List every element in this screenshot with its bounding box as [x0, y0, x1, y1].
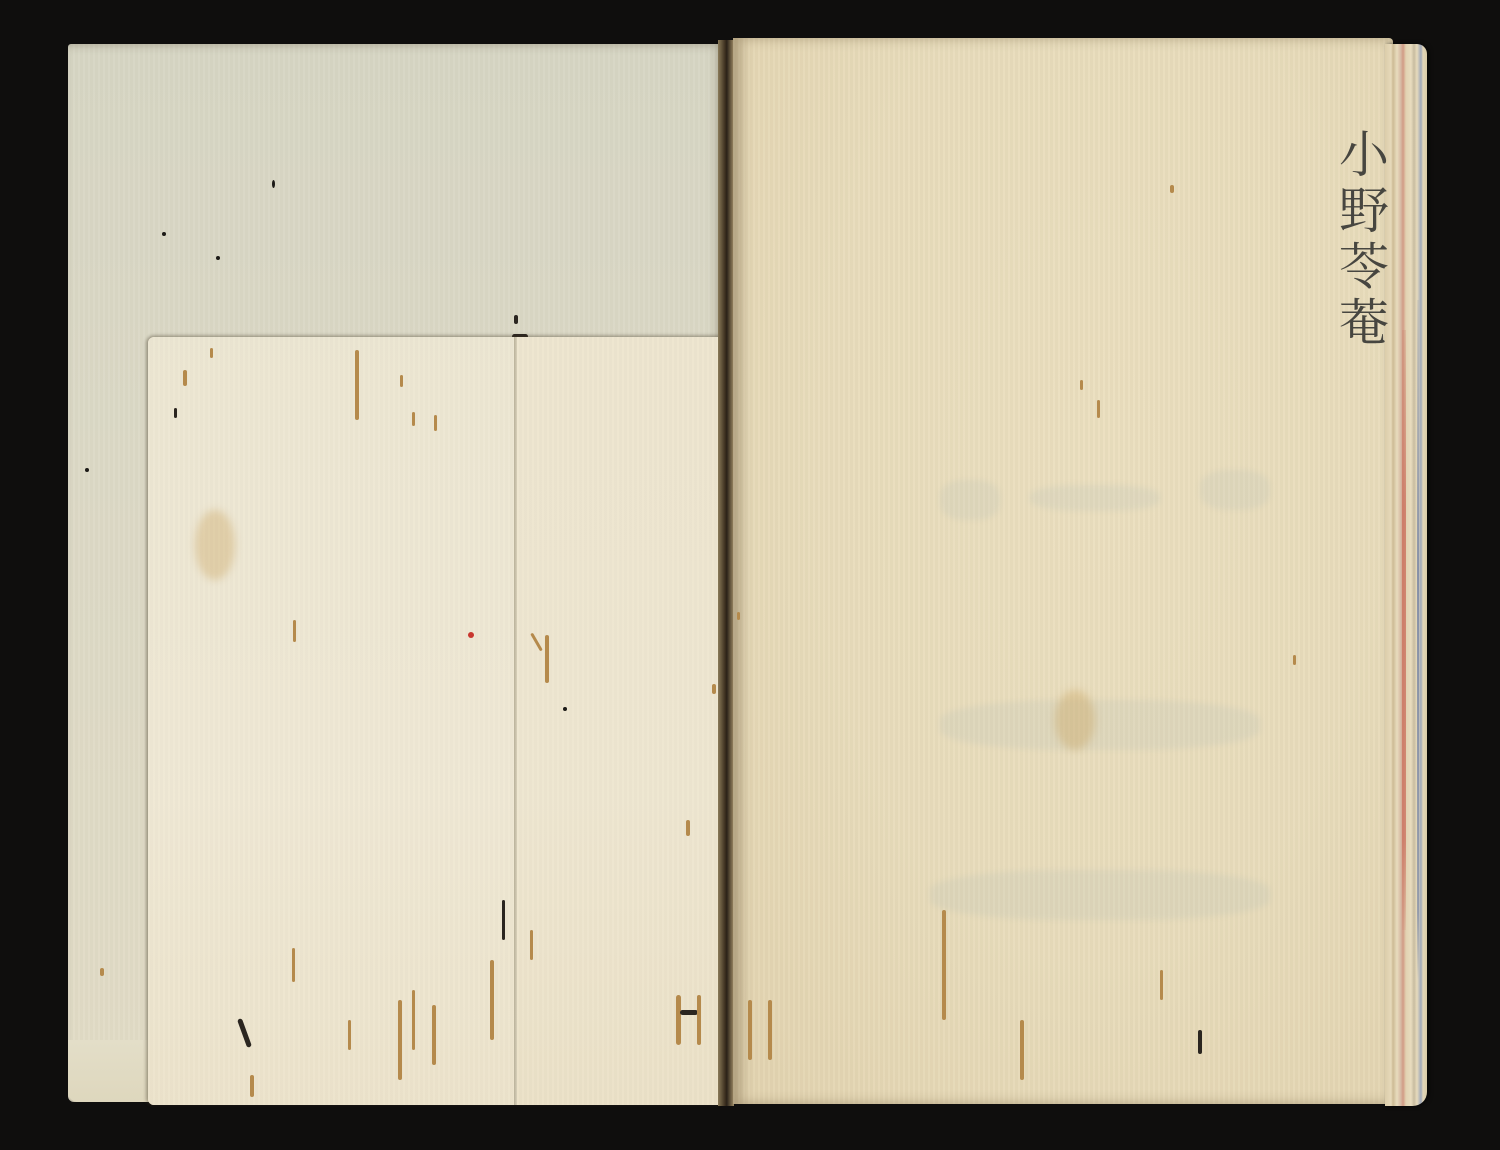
wormhole-trail: [292, 948, 295, 982]
page-edges-stack: [1385, 44, 1427, 1106]
book-gutter: [718, 40, 734, 1106]
ink-showthrough: [1030, 485, 1160, 511]
wormhole: [1080, 380, 1083, 390]
ink-speck: [563, 707, 567, 711]
foxing-stain: [1055, 690, 1095, 750]
wormhole: [400, 375, 403, 387]
wormhole: [348, 1020, 351, 1050]
wormhole-trail: [768, 1000, 772, 1060]
page-edge-red-stripe: [1402, 330, 1406, 930]
wormhole: [183, 370, 187, 386]
right-page: [733, 38, 1393, 1104]
wormhole-trail: [545, 635, 549, 683]
wormhole: [1097, 400, 1100, 418]
wormhole-trail: [432, 1005, 436, 1065]
wormhole: [1293, 655, 1296, 665]
wormhole: [737, 612, 740, 620]
red-mark: [468, 632, 474, 638]
wormhole-trail: [412, 990, 415, 1050]
ink-speck: [272, 180, 275, 188]
wormhole: [686, 820, 690, 836]
ink-blot: [514, 315, 518, 324]
ink-mark: [1198, 1030, 1202, 1054]
ink-showthrough: [1200, 470, 1270, 510]
wormhole-trail: [355, 350, 359, 420]
wormhole: [100, 968, 104, 976]
foxing-stain: [195, 510, 235, 580]
wormhole: [1170, 185, 1174, 193]
ink-showthrough: [940, 700, 1260, 750]
ink-mark: [680, 1010, 698, 1015]
wormhole: [293, 620, 296, 642]
left-page-bottom-edge: [68, 1040, 158, 1102]
insert-right-panel: [517, 337, 722, 1105]
wormhole: [174, 408, 177, 418]
wormhole-trail: [942, 910, 946, 1020]
wormhole: [210, 348, 213, 358]
page-edge-blue-stripe: [1417, 300, 1419, 980]
ink-speck: [216, 256, 220, 260]
ink-speck: [162, 232, 166, 236]
insert-left-panel: [148, 337, 514, 1105]
ink-showthrough: [940, 480, 1000, 520]
folded-insert[interactable]: [148, 337, 722, 1105]
ink-speck: [85, 468, 89, 472]
wormhole: [712, 684, 716, 694]
wormhole-trail: [748, 1000, 752, 1060]
wormhole: [412, 412, 415, 426]
wormhole-trail: [398, 1000, 402, 1080]
wormhole: [1160, 970, 1163, 1000]
ink-showthrough: [930, 870, 1270, 920]
wormhole: [530, 930, 533, 960]
handwritten-inscription: 小野苓菴: [1320, 128, 1390, 352]
wormhole-trail: [676, 995, 681, 1045]
ink-mark: [502, 900, 505, 940]
wormhole-trail: [697, 995, 701, 1045]
wormhole-trail: [1020, 1020, 1024, 1080]
wormhole: [250, 1075, 254, 1097]
wormhole: [434, 415, 437, 431]
wormhole-trail: [490, 960, 494, 1040]
